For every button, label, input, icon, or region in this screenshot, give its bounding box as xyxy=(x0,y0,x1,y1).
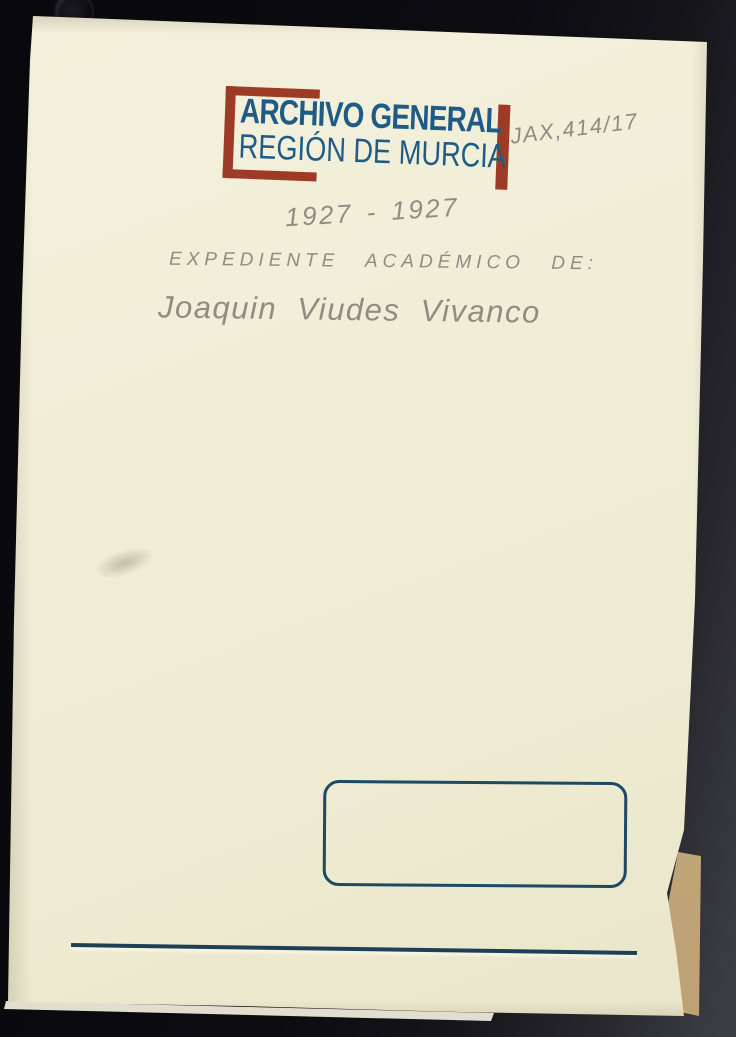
scanned-archive-cover: ARCHIVO GENERAL REGIÓN DE MURCIA JAX,414… xyxy=(0,0,736,1037)
label-box xyxy=(323,780,628,888)
logo-text: ARCHIVO GENERAL REGIÓN DE MURCIA xyxy=(238,93,508,175)
footer-rule xyxy=(71,943,637,955)
date-range-note: 1927 - 1927 xyxy=(284,192,460,234)
paper-smudge xyxy=(90,541,159,586)
reference-code-note: JAX,414/17 xyxy=(509,108,640,149)
person-name-note: Joaquin Viudes Vivanco xyxy=(158,289,541,330)
record-title-note: EXPEDIENTE ACADÉMICO DE: xyxy=(169,249,598,275)
cover-sheet: ARCHIVO GENERAL REGIÓN DE MURCIA JAX,414… xyxy=(0,0,736,1037)
archive-logo: ARCHIVO GENERAL REGIÓN DE MURCIA xyxy=(222,86,516,195)
